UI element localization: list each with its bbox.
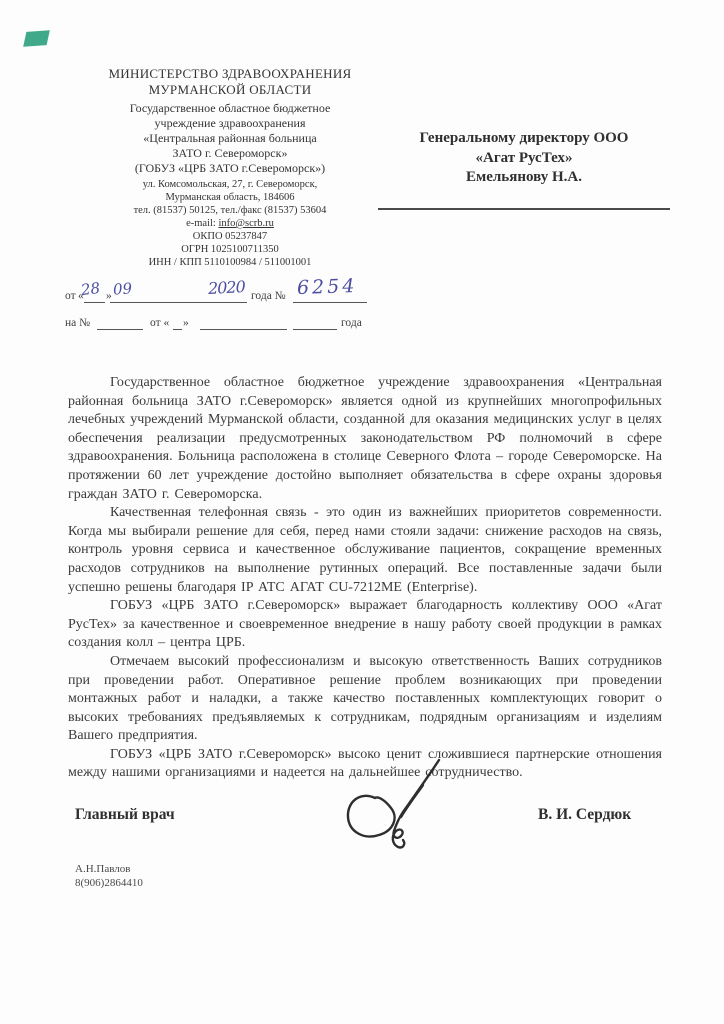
org-phone-fax: тел. (81537) 50125, тел./факс (81537) 53… — [62, 204, 398, 217]
ministry-name-line1: МИНИСТЕРСТВО ЗДРАВООХРАНЕНИЯ — [62, 66, 398, 82]
reply-reference-line: на № от « » года — [65, 311, 385, 337]
year-number-label: года № — [251, 290, 286, 302]
paragraph-telephony-goals: Качественная телефонная связь - это один… — [68, 504, 662, 597]
org-inn-kpp: ИНН / КПП 5110100984 / 511001001 — [62, 256, 398, 269]
executor-name: А.Н.Павлов — [75, 862, 143, 876]
org-ogrn: ОГРН 1025100711350 — [62, 243, 398, 256]
recipient-underline — [378, 208, 670, 210]
recipient-title: Генеральному директору ООО — [378, 129, 670, 149]
signature-parallel-stroke — [401, 785, 423, 817]
reply-number-blank — [97, 317, 143, 330]
signature-loop-stroke — [348, 796, 395, 837]
letterhead: МИНИСТЕРСТВО ЗДРАВООХРАНЕНИЯ МУРМАНСКОЙ … — [62, 66, 398, 269]
org-short-name: (ГОБУЗ «ЦРБ ЗАТО г.Североморск») — [62, 161, 398, 176]
from-label: от — [65, 290, 76, 302]
recipient-company: «Агат РусТех» — [378, 149, 670, 169]
signer-name: В. И. Сердюк — [538, 806, 631, 824]
recipient-block: Генеральному директору ООО «Агат РусТех»… — [378, 129, 670, 188]
org-street-address: ул. Комсомольская, 27, г. Североморск, — [62, 178, 398, 191]
org-okpo: ОКПО 05237847 — [62, 230, 398, 243]
org-region-postcode: Мурманская область, 184606 — [62, 191, 398, 204]
org-name-line1: Государственное областное бюджетное — [62, 101, 398, 116]
recipient-name: Емельянову Н.А. — [378, 168, 670, 188]
handwritten-year: 2020 — [208, 277, 246, 298]
scanned-letter-page: МИНИСТЕРСТВО ЗДРАВООХРАНЕНИЯ МУРМАНСКОЙ … — [0, 0, 724, 1024]
email-label: e-mail: — [186, 218, 216, 229]
paragraph-gratitude: ГОБУЗ «ЦРБ ЗАТО г.Североморск» выражает … — [68, 597, 662, 653]
org-name-line4: ЗАТО г. Североморск» — [62, 146, 398, 161]
ministry-name-line2: МУРМАНСКОЙ ОБЛАСТИ — [62, 82, 398, 98]
letter-body: Государственное областное бюджетное учре… — [68, 374, 662, 783]
reply-month-blank — [200, 317, 287, 330]
org-name-line3: «Центральная районная больница — [62, 131, 398, 146]
signature-tail-stroke — [393, 830, 404, 848]
reply-day-blank — [173, 317, 182, 330]
scan-corner-mark — [23, 30, 50, 47]
handwritten-month: 09 — [112, 279, 132, 298]
reply-close-quote: » — [183, 317, 189, 329]
reply-year-label: года — [341, 317, 362, 329]
reply-year-blank — [293, 317, 337, 330]
reply-label: на № — [65, 317, 90, 329]
executor-block: А.Н.Павлов 8(906)2864410 — [75, 862, 143, 890]
handwritten-day: 28 — [80, 279, 101, 299]
paragraph-professionalism: Отмечаем высокий профессионализм и высок… — [68, 653, 662, 746]
org-name-line2: учреждение здравоохранения — [62, 116, 398, 131]
signer-position: Главный врач — [75, 806, 175, 824]
executor-phone: 8(906)2864410 — [75, 876, 143, 890]
outgoing-reference-line: от « » года № 28 09 2020 6254 — [65, 284, 385, 310]
paragraph-hospital-intro: Государственное областное бюджетное учре… — [68, 374, 662, 504]
email-address: info@scrb.ru — [218, 218, 273, 229]
org-email-line: e-mail: info@scrb.ru — [62, 217, 398, 230]
reply-from-label: от « — [150, 317, 169, 329]
handwritten-signature-image — [318, 736, 478, 854]
handwritten-outgoing-number: 6254 — [297, 275, 358, 299]
